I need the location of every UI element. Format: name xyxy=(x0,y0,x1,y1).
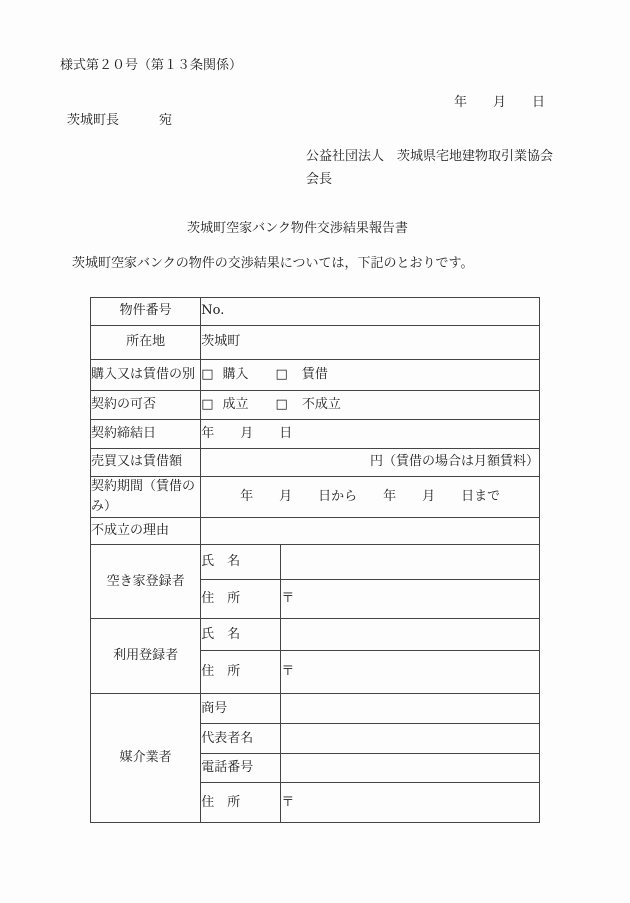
option-success-label: 成立 xyxy=(223,397,249,412)
checkbox-failure-icon: □ xyxy=(276,395,288,415)
table-row: 所在地 茨城町 xyxy=(91,326,540,360)
sender-title: 会長 xyxy=(306,172,332,188)
contract-result-label: 契約の可否 xyxy=(91,391,201,420)
vacant-registrant-name-label: 氏 名 xyxy=(201,545,281,580)
failure-reason-label: 不成立の理由 xyxy=(91,518,201,545)
table-row: 不成立の理由 xyxy=(91,518,540,545)
table-row: 売買又は賃借額 円（賃借の場合は月額賃料） xyxy=(91,449,540,477)
contract-period-value: 年 月 日から 年 月 日まで xyxy=(201,477,540,518)
document-page: 様式第２０号（第１３条関係） 年 月 日 茨城町長宛 公益社団法人 茨城県宅地建… xyxy=(0,0,630,903)
broker-representative-label: 代表者名 xyxy=(201,724,281,754)
broker-trade-name-label: 商号 xyxy=(201,694,281,724)
addressee-name: 茨城町長 xyxy=(67,113,119,128)
user-registrant-address-value: 〒 xyxy=(281,651,540,694)
broker-label: 媒介業者 xyxy=(91,694,201,823)
broker-trade-name-value xyxy=(281,694,540,724)
table-row: 空き家登録者 氏 名 xyxy=(91,545,540,580)
addressee-line: 茨城町長宛 xyxy=(67,113,172,129)
vacant-registrant-address-value: 〒 xyxy=(281,580,540,619)
checkbox-purchase-icon: □ xyxy=(201,365,213,385)
table-row: 購入又は賃借の別 □購入□賃借 xyxy=(91,360,540,391)
sender-organization: 公益社団法人 茨城県宅地建物取引業協会 xyxy=(306,149,553,165)
failure-reason-value xyxy=(201,518,540,545)
price-value: 円（賃借の場合は月額賃料） xyxy=(201,449,540,477)
property-number-value: No. xyxy=(201,298,540,326)
purchase-or-lease-label: 購入又は賃借の別 xyxy=(91,360,201,391)
property-number-label: 物件番号 xyxy=(91,298,201,326)
user-registrant-name-label: 氏 名 xyxy=(201,619,281,651)
user-registrant-label: 利用登録者 xyxy=(91,619,201,694)
intro-text: 茨城町空家バンクの物件の交渉結果については，下記のとおりです。 xyxy=(72,256,473,272)
option-failure-label: 不成立 xyxy=(302,397,341,412)
broker-address-value: 〒 xyxy=(281,783,540,823)
form-number: 様式第２０号（第１３条関係） xyxy=(60,58,242,74)
report-table: 物件番号 No. 所在地 茨城町 購入又は賃借の別 □購入□賃借 契約の可否 □… xyxy=(90,297,540,823)
broker-phone-label: 電話番号 xyxy=(201,754,281,783)
vacant-house-registrant-label: 空き家登録者 xyxy=(91,545,201,619)
purchase-or-lease-value: □購入□賃借 xyxy=(201,360,540,391)
location-label: 所在地 xyxy=(91,326,201,360)
table-row: 契約締結日 年 月 日 xyxy=(91,420,540,449)
broker-address-label: 住 所 xyxy=(201,783,281,823)
vacant-registrant-name-value xyxy=(281,545,540,580)
contract-result-value: □成立□不成立 xyxy=(201,391,540,420)
table-row: 契約の可否 □成立□不成立 xyxy=(91,391,540,420)
addressee-suffix: 宛 xyxy=(159,113,172,128)
postal-mark: 〒 xyxy=(281,664,294,679)
table-row: 利用登録者 氏 名 xyxy=(91,619,540,651)
contract-period-label: 契約期間（賃借のみ） xyxy=(91,477,201,518)
location-value: 茨城町 xyxy=(201,326,540,360)
table-row: 契約期間（賃借のみ） 年 月 日から 年 月 日まで xyxy=(91,477,540,518)
checkbox-lease-icon: □ xyxy=(276,365,288,385)
document-title: 茨城町空家バンク物件交渉結果報告書 xyxy=(0,221,595,237)
contract-date-label: 契約締結日 xyxy=(91,420,201,449)
price-label: 売買又は賃借額 xyxy=(91,449,201,477)
vacant-registrant-address-label: 住 所 xyxy=(201,580,281,619)
table-row: 媒介業者 商号 xyxy=(91,694,540,724)
postal-mark: 〒 xyxy=(281,795,294,810)
option-lease-label: 賃借 xyxy=(302,367,328,382)
postal-mark: 〒 xyxy=(281,591,294,606)
user-registrant-address-label: 住 所 xyxy=(201,651,281,694)
broker-phone-value xyxy=(281,754,540,783)
broker-representative-value xyxy=(281,724,540,754)
contract-date-value: 年 月 日 xyxy=(201,420,540,449)
checkbox-success-icon: □ xyxy=(201,395,213,415)
date-line: 年 月 日 xyxy=(454,95,545,111)
table-row: 物件番号 No. xyxy=(91,298,540,326)
user-registrant-name-value xyxy=(281,619,540,651)
option-purchase-label: 購入 xyxy=(223,367,249,382)
